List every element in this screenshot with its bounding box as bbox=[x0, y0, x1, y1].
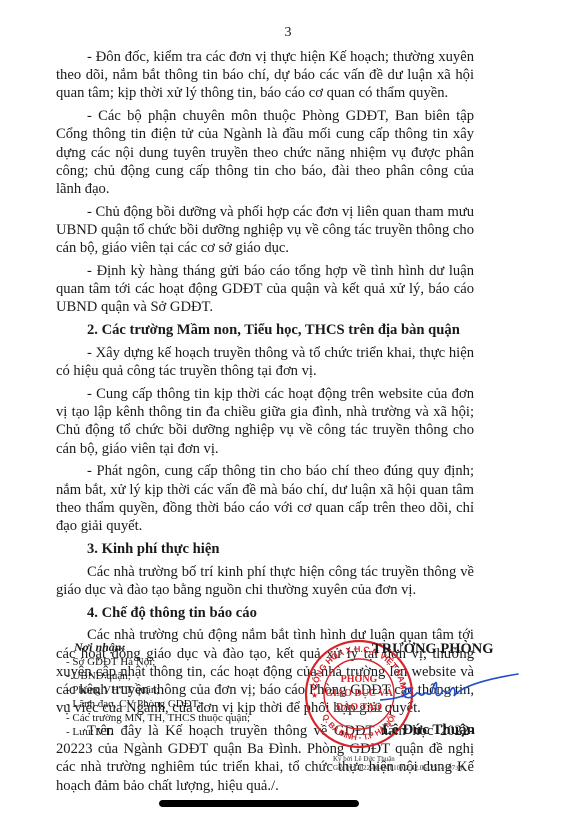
recipients-list: - Sở GDĐT Hà Nội;- UBND quận;- Phòng VHT… bbox=[66, 655, 266, 739]
body-paragraph: - Xây dựng kế hoạch truyền thông và tổ c… bbox=[56, 344, 474, 380]
home-indicator[interactable] bbox=[159, 800, 359, 807]
recipients-block: Nơi nhận: - Sở GDĐT Hà Nội;- UBND quận;-… bbox=[66, 640, 266, 739]
body-paragraph: - Đôn đốc, kiểm tra các đơn vị thực hiện… bbox=[56, 48, 474, 103]
svg-text:★: ★ bbox=[311, 691, 318, 700]
recipient-item: - UBND quận; bbox=[66, 669, 266, 683]
recipient-item: - Sở GDĐT Hà Nội; bbox=[66, 655, 266, 669]
recipient-item: - Phòng VHTT quận; bbox=[66, 683, 266, 697]
section-heading: 2. Các trường Mầm non, Tiểu học, THCS tr… bbox=[56, 321, 474, 339]
stamp-line-1: PHÒNG bbox=[341, 673, 378, 685]
signer-title: TRƯỞNG PHÒNG bbox=[372, 641, 494, 658]
body-paragraph: - Định kỳ hàng tháng gửi báo cáo tổng hợ… bbox=[56, 262, 474, 317]
recipient-item: - Lưu: VT. bbox=[66, 725, 266, 739]
signed-by: Ký bởi Lê Đức Thuận bbox=[333, 755, 464, 764]
signed-time: Giờ ký: 2022-08-04T10:02:42.0512514+07:0… bbox=[333, 764, 464, 773]
page-number: 3 bbox=[0, 25, 576, 41]
signer-name: Lê Đức Thuận bbox=[382, 722, 475, 739]
body-paragraph: Các nhà trường bố trí kinh phí thực hiện… bbox=[56, 563, 474, 599]
body-paragraph: - Chủ động bồi dưỡng và phối hợp các đơn… bbox=[56, 203, 474, 258]
recipients-label: Nơi nhận: bbox=[74, 640, 266, 654]
document-page: 3 - Đôn đốc, kiểm tra các đơn vị thực hi… bbox=[0, 0, 576, 820]
stamp-line-3: ĐÀO TẠO bbox=[336, 701, 382, 713]
section-heading: 3. Kinh phí thực hiện bbox=[56, 540, 474, 558]
recipient-item: - Các trường MN, TH, THCS thuộc quận; bbox=[66, 711, 266, 725]
handwritten-signature-icon bbox=[380, 670, 520, 710]
section-heading: 4. Chế độ thông tin báo cáo bbox=[56, 604, 474, 622]
body-paragraph: - Cung cấp thông tin kịp thời các hoạt đ… bbox=[56, 385, 474, 458]
body-paragraph: - Các bộ phận chuyên môn thuộc Phòng GDĐ… bbox=[56, 107, 474, 198]
digital-signature-info: Ký bởi Lê Đức Thuận Giờ ký: 2022-08-04T1… bbox=[333, 755, 464, 772]
recipient-item: - Lãnh đạo, CV Phòng GDĐT; bbox=[66, 697, 266, 711]
body-paragraph: - Phát ngôn, cung cấp thông tin cho báo … bbox=[56, 462, 474, 535]
